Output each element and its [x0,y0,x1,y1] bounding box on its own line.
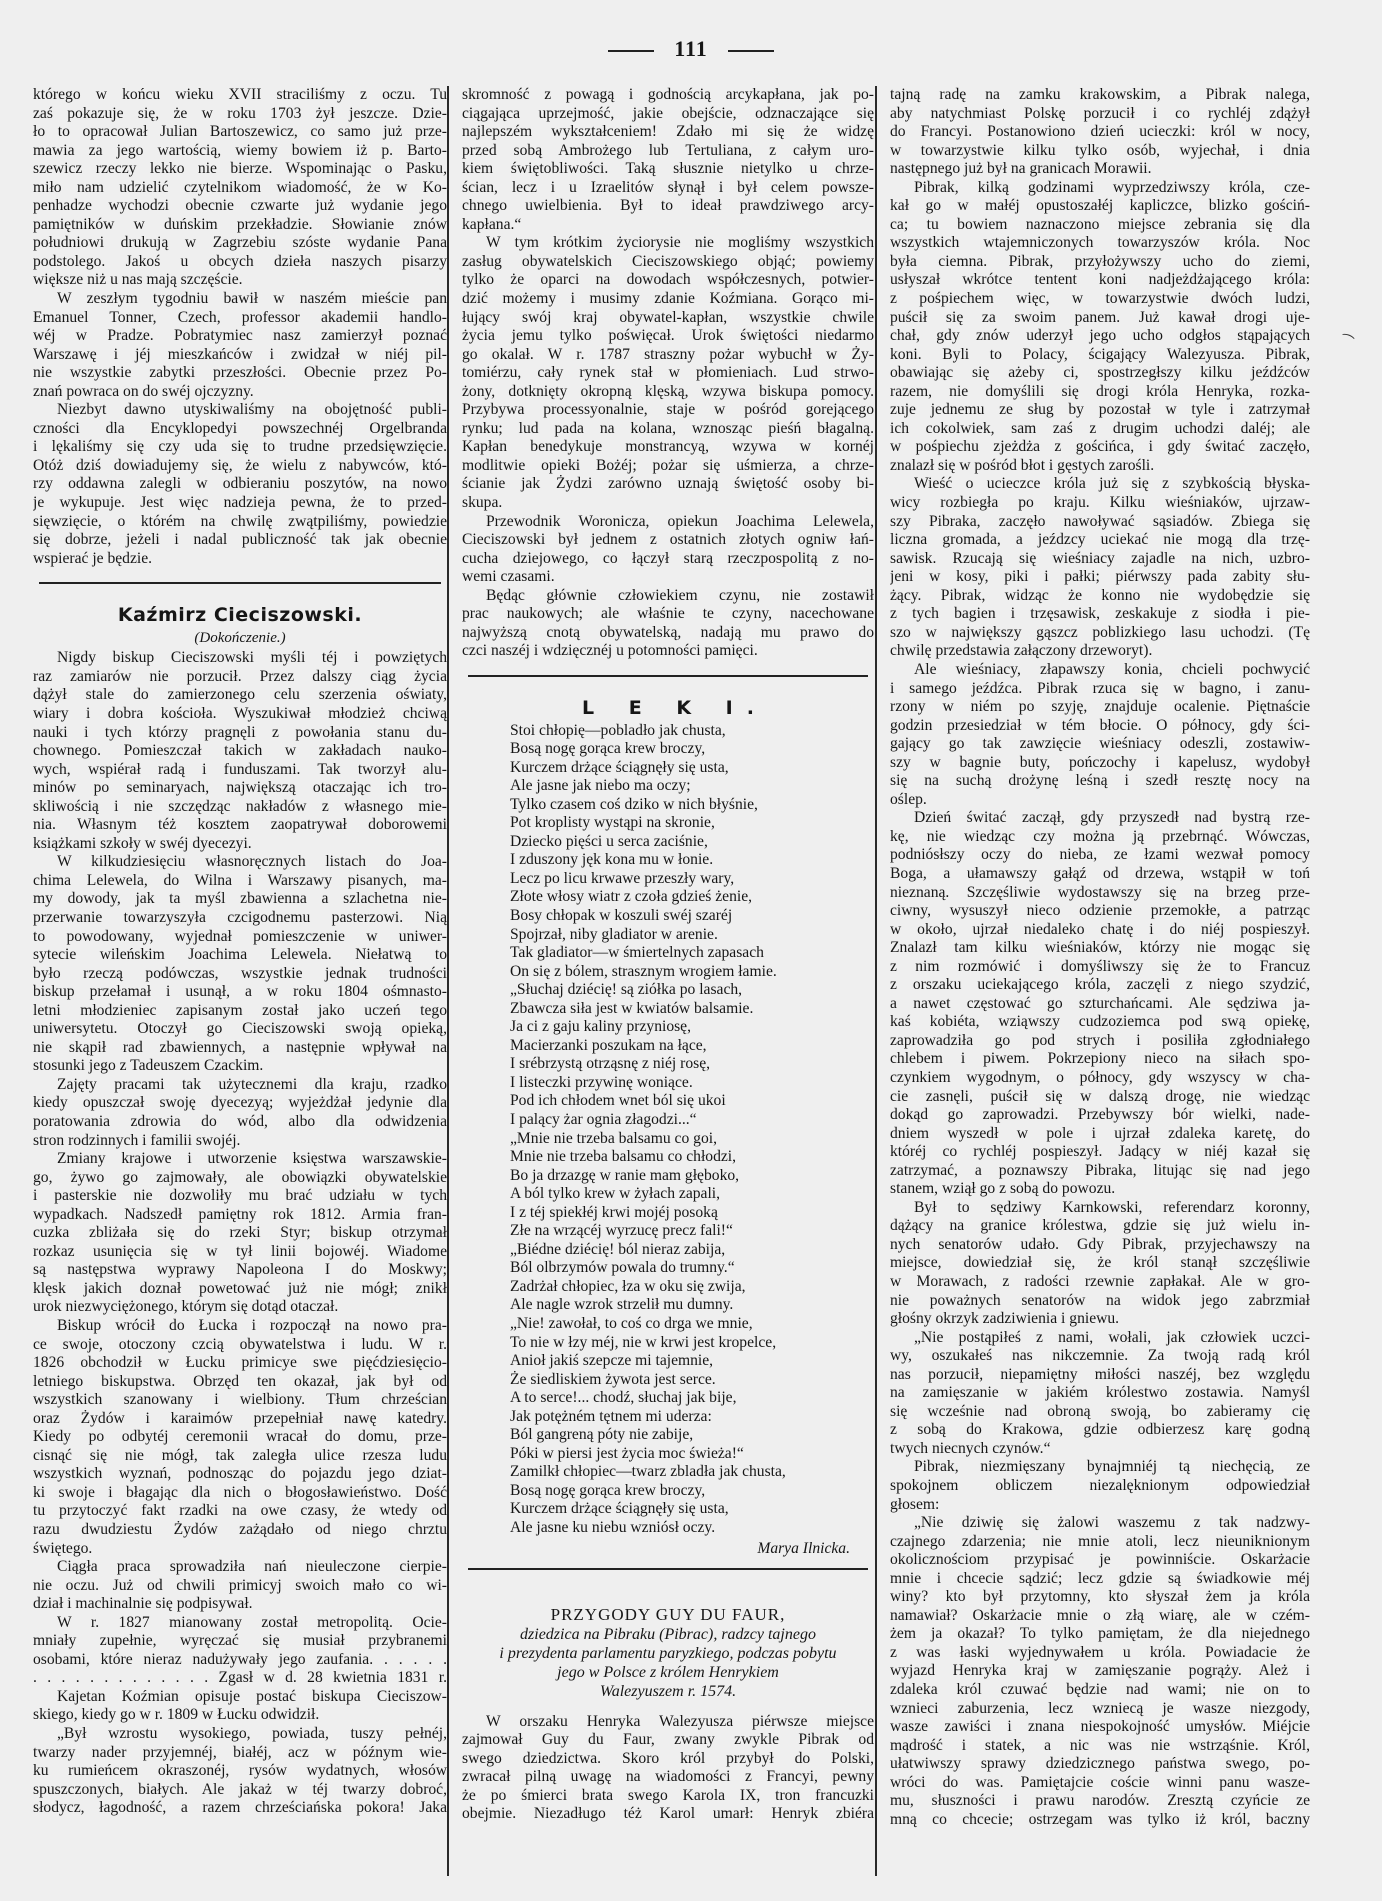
text-line: Emanuel Tonner, Czech, professor akademi… [33,309,447,328]
text-line: wemi czasami. [462,568,874,587]
text-line: nie oczu. Już od chwili primicyj swoich … [33,1577,447,1596]
text-line: raz zamiarów nie porzucił. Przez dalszy … [33,668,447,687]
verse-line: „Biédne dziécię! ból nieraz zabija, [510,1241,874,1260]
text-line: zuje jednemu ze sług by pozostał w tyle … [890,401,1310,420]
text-line: ce swoje, otoczony czcią obywatelstwa i … [33,1336,447,1355]
text-line: koni. Byli to Polacy, ścigający Walezyus… [890,346,1310,365]
text-line: wróci do was. Pamiętajcie coście winni p… [890,1774,1310,1793]
text-line: rzony w niém po szyję, znajduje ocalenie… [890,698,1310,717]
verse-line: Ból olbrzymów powala do trumny.“ [510,1259,874,1278]
text-line: Przybywa processyonalnie, staje w pośród… [462,401,874,420]
text-line: którego w końcu wieku XVII straciliśmy z… [33,86,447,105]
text-line: Pibrak, niezmięszany bynajmniéj tą niech… [890,1458,1310,1477]
text-line: zatrzymać, a poznawszy Pibraka, litując … [890,1162,1310,1181]
text-line: sytecie wileńskim Joachima Lelewela. Nie… [33,946,447,965]
poem-title: L E K I. [476,699,874,718]
section-divider [468,1568,868,1570]
text-line: kiedy opuszczał swoję dyecezyą; wyjeżdża… [33,1094,447,1113]
paragraph-tonner: W zeszłym tygodniu bawił w naszém mieści… [33,290,447,401]
text-line: twych niecnych czynów.“ [890,1440,1310,1459]
story-paragraph: tajną radę na zamku krakowskim, a Pibrak… [890,86,1310,179]
text-line: nieznaną. Szczęśliwie wydostawszy się na… [890,884,1310,903]
article-subtitle: (Dokończenie.) [33,629,447,648]
text-line: ciwny, wysuszył nieco odzienie przemokłe… [890,902,1310,921]
verse-line: I palący żar ognia złagodzi...“ [510,1111,874,1130]
text-line: modlitwie opieki Bożéj; pożar się uśmier… [462,457,874,476]
text-line: dążący na granice królestwa, gdzie się j… [890,1217,1310,1236]
text-line: ich cokolwiek, sam zaś z drugim uchodzi … [890,420,1310,439]
text-line: z pośpiechem więc, w towarzystwie dwóch … [890,290,1310,309]
verse-line: Kurczem drżące ściągnęły się usta, [510,759,874,778]
text-line: łujący swój kraj obywatel-kapłan, wszyst… [462,309,874,328]
text-line: żem ja okazał? To tylko pamiętam, że dla… [890,1625,1310,1644]
text-line: nia. Własnym téż kosztem zaopatrywał dob… [33,816,447,835]
text-line: to powodowany, wyjednał pomieszczenie w … [33,928,447,947]
text-line: tu przytoczyć fakt rzadki na owe czasy, … [33,1502,447,1521]
article-paragraph: Nigdy biskup Cieciszowski myśli téj i po… [33,649,447,853]
text-line: książkami szkoły w swéj dyecezyi. [33,835,447,854]
text-line: 1826 obchodził w Łucku primicye swe pięć… [33,1354,447,1373]
text-line: uniwersytetu. Otoczył go Cieciszowski sw… [33,1020,447,1039]
article-paragraph: Biskup wrócił do Łucka i rozpoczął na no… [33,1317,447,1558]
text-line: namawiał? Oskarżacie mnie o złą wiarę, a… [890,1607,1310,1626]
text-line: wznieci zaburzenia, lecz wzniecą je wasz… [890,1700,1310,1719]
article-paragraph: Będąc głównie człowiekiem czynu, nie zos… [462,587,874,661]
text-line: przed sobą Ambrożego lub Tertuliana, z c… [462,142,874,161]
text-line: Będąc głównie człowiekiem czynu, nie zos… [462,587,874,606]
verse-line: Że siedliskiem żywota jest serce. [510,1371,874,1390]
article-paragraph: skromność z powagą i godnością arcykapła… [462,86,874,234]
text-line: głosem: [890,1496,1310,1515]
verse-line: To nie w łzy méj, nie w krwi jest kropel… [510,1334,874,1353]
page-number: 111 [674,36,708,61]
text-line: chlebem i piwem. Pokrzepiony nieco na si… [890,1050,1310,1069]
paragraph-intro: którego w końcu wieku XVII straciliśmy z… [33,86,447,290]
text-line: wypadkach. Nadszedł pamiętny rok 1812. A… [33,1206,447,1225]
text-line: winy? kto był przytomny, kto słyszał żem… [890,1588,1310,1607]
text-line: dzić możemy i musimy zdanie Koźmiana. Go… [462,290,874,309]
text-line: życia jemu tylko poświęcał. Urok świętoś… [462,327,874,346]
text-line: Pibrak, kilką godzinami wyprzedziwszy kr… [890,179,1310,198]
text-line: na zamięszanie w jakiém królestwo zostaw… [890,1384,1310,1403]
story-paragraph: „Nie dziwię się żalowi waszemu z tak nad… [890,1514,1310,1829]
text-line: dokąd go zaprowadzi. Przebywszy bór wiel… [890,1106,1310,1125]
text-line: tomiérzu, cały rynek stał w płomieniach.… [462,364,874,383]
text-line: szy w bagnie buty, pończochy i kapelusz,… [890,754,1310,773]
text-line: nie skąpił rad zbawiennych, a następnie … [33,1039,447,1058]
text-line: Biskup wrócił do Łucka i rozpoczął na no… [33,1317,447,1336]
text-line: dział i machinalnie się podpisywał. [33,1595,447,1614]
text-line: chał, gdy znów uderzył jego ucho odgłos … [890,327,1310,346]
text-line: oraz Żydów i karaimów przepełniał nawę k… [33,1410,447,1429]
text-line: obawiając się ażeby ci, spostrzegłszy ki… [890,364,1310,383]
text-line: się wcześnie nad obroną swoją, bo zabier… [890,1403,1310,1422]
text-line: nie poważnych senatorów na widok jego za… [890,1292,1310,1311]
text-line: letniego biskupstwa. Obrzęd ten okazał, … [33,1373,447,1392]
verse-line: „Słuchaj dziécię! są ziółka po lasach, [510,981,874,1000]
text-line: wasze zawiści i znana niespokojność umys… [890,1718,1310,1737]
right-column: tajną radę na zamku krakowskim, a Pibrak… [890,86,1310,1829]
story-paragraph: Ale wieśniacy, złapawszy konia, chcieli … [890,661,1310,809]
text-line: podniósłszy oczy do nieba, ze łzami wezw… [890,846,1310,865]
text-line: pamiętników w duńskim przekładzie. Słowi… [33,216,447,235]
text-line: jeni w kosy, piki i pałki; piérwszy pada… [890,568,1310,587]
story-paragraph: „Nie postąpiłeś z nami, wołali, jak czło… [890,1329,1310,1459]
text-line: i lękaliśmy się czy uda się to trudne pr… [33,438,447,457]
verse-line: „Nie! zawołał, to coś co drga we mnie, [510,1315,874,1334]
verse-line: Bosy chłopak w koszuli swéj szaréj [510,907,874,926]
text-line: dążył stale do zamierzonego celu szerzen… [33,686,447,705]
text-line: stosunki jego z Tadeuszem Czackim. [33,1057,447,1076]
text-line: Cieciszowski był jednem z ostatnich złot… [462,531,874,550]
text-line: razu dwudziestu Żydów zażądało od niego … [33,1521,447,1540]
verse-line: i prezydenta parlamentu paryzkiego, podc… [462,1644,874,1663]
text-line: podstolego. Jakoś u obcych dzieła naszyc… [33,253,447,272]
text-line: go, żywo go zajmowały, ale obowiązki oby… [33,1169,447,1188]
text-line: nych senatorów udało. Gdy Pibrak, przyje… [890,1236,1310,1255]
text-line: następnego już był na granicach Morawii. [890,160,1310,179]
text-line: czności dla Encyklopedyi powszechnéj Org… [33,420,447,439]
text-line: głośny okrzyk zadziwienia i gniewu. [890,1310,1310,1329]
story-paragraph: Pibrak, niezmięszany bynajmniéj tą niech… [890,1458,1310,1514]
poem-body: Stoi chłopię—pobladło jak chusta,Bosą no… [462,722,874,1538]
text-line: letni młodzieniec zapisanym został jako … [33,1002,447,1021]
text-line: znalazł się w pośród błot i gęstych zaro… [890,457,1310,476]
story-paragraph: W orszaku Henryka Walezyusza piérwsze mi… [462,1713,874,1824]
text-line: szewicz rzeczy lekko nie bierze. Wspomin… [33,160,447,179]
text-line: my dowody, jak ta myśl zbawienna a szlac… [33,890,447,909]
verse-line: A to serce!... chodź, słuchaj jak bije, [510,1389,874,1408]
text-line: z sobą do Krakowa, gdzie odbierzesz karę… [890,1421,1310,1440]
text-line: słodycz, łagodność, a razem chrześciańsk… [33,1799,447,1818]
article-paragraph: Kajetan Koźmian opisuje postać biskupa C… [33,1688,447,1725]
text-line: godzin przesiedział w tém błocie. O półn… [890,717,1310,736]
text-line: wspierać je będzie. [33,550,447,569]
text-line: spuszczonych, białych. Ale jakaż w téj t… [33,1781,447,1800]
story-subtitle: dziedzica na Pibraku (Pibrac), radzcy ta… [462,1625,874,1701]
text-line: kę, nie wiedząc czy można ją przebrnąć. … [890,828,1310,847]
text-line: stanem, wziął go z sobą do powozu. [890,1180,1310,1199]
text-line: mawia za jego wartością, wiemy bowiem iż… [33,142,447,161]
header-dash-right [728,50,774,52]
article-paragraph: Ciągła praca sprowadziła nań nieuleczone… [33,1558,447,1614]
text-line: nauki i tych którzy pragnęli z powołania… [33,724,447,743]
text-line: wszystkich szanowany i wielbiony. Tłum c… [33,1391,447,1410]
verse-line: Ale jasne ku niebu wzniósł oczy. [510,1519,874,1538]
text-line: Dzień świtać zaczął, gdy przyszedł nad b… [890,809,1310,828]
section-divider [39,582,441,584]
text-line: wy, oszukałeś nas nikczemnie. Za twoją r… [890,1347,1310,1366]
article-paragraph: Przewodnik Woronicza, opiekun Joachima L… [462,513,874,587]
text-line: rynku; lud pada na kolana, wznosząc pieś… [462,420,874,439]
paragraph-encyklopedia: Niezbyt dawno utyskiwaliśmy na obojętnoś… [33,401,447,568]
verse-line: I srébrzystą otrząsnę z niéj rosę, [510,1055,874,1074]
text-line: wéj w Pradze. Pobratymiec nasz zamierzył… [33,327,447,346]
text-line: chima Lelewela, do Wilna i Warszawy pisa… [33,872,447,891]
text-line: W zeszłym tygodniu bawił w naszém mieści… [33,290,447,309]
text-line: przerwanie towarzyszyła czcigodnemu past… [33,909,447,928]
text-line: sięwzięcie, o którém na chwilę zwątpiliś… [33,513,447,532]
verse-line: Pot kroplisty wystąpi na skronie, [510,814,874,833]
text-line: kiem świętobliwości. Taką słusznie niety… [462,160,874,179]
text-line: stron rodzinnych i familii swojéj. [33,1132,447,1151]
article-paragraph: W tym krótkim życiorysie nie mogliśmy ws… [462,234,874,512]
text-line: Znalazł tam kilku wieśniaków, którzy nie… [890,939,1310,958]
verse-line: Jak potężném tętnem mi uderza: [510,1408,874,1427]
text-line: skromność z powagą i godnością arcykapła… [462,86,874,105]
text-line: penhadze wychodzi obecnie czwarte już wy… [33,197,447,216]
text-line: większe niż u nas mają szczęście. [33,271,447,290]
text-line: skiego, kiedy go w r. 1809 w Łucku odwid… [33,1706,447,1725]
text-line: czci naszéj i wdzięcznéj u potomności pa… [462,642,874,661]
text-line: są następstwa wyprawy Napoleona I do Mos… [33,1261,447,1280]
section-divider [468,675,868,677]
text-line: oślep. [890,791,1310,810]
text-line: W kilkudziesięciu własnoręcznych listach… [33,853,447,872]
text-line: cie zasnęli, puścił się w dalszą drogę, … [890,1088,1310,1107]
column-rule-left [447,86,449,1876]
text-line: ki swoje i błagając dla nich o błogosław… [33,1484,447,1503]
text-line: wszystkich wtajemniczonych towarzyszów k… [890,234,1310,253]
article-paragraph: W r. 1827 mianowany został metropolitą. … [33,1614,447,1688]
middle-column: skromność z powagą i godnością arcykapła… [462,86,874,1824]
verse-line: Zadrżał chłopiec, łza w oku się zwija, [510,1278,874,1297]
text-line: chwilę przedstawia załączony drzeworyt). [890,642,1310,661]
text-line: kał go w małéj opustoszałéj kapliczce, b… [890,197,1310,216]
text-line: go okalał. W r. 1787 straszny pożar wybu… [462,346,874,365]
article-paragraph: Zajęty pracami tak użytecznemi dla kraju… [33,1076,447,1150]
text-line: i pasterskie nie dozwoliły mu brać udzia… [33,1187,447,1206]
verse-line: Złe na wrzącéj wyrzucę precz fali!“ [510,1222,874,1241]
story-paragraph: Był to sędziwy Karnkowski, referendarz k… [890,1199,1310,1329]
text-line: nie wszystkie zabytki przeszłości. Obecn… [33,364,447,383]
text-line: znań powraca on do swéj ojczyzny. [33,383,447,402]
text-line: usłyszał wkrótce tentent koni nadjeżdżaj… [890,271,1310,290]
text-line: żony, dotknięty okropną klęską, wzywa bi… [462,383,874,402]
text-line: puścił się za swoim panem. Już kawał dro… [890,309,1310,328]
text-line: mną co chcecie; ostrzegam was tylko iż k… [890,1811,1310,1830]
text-line: klęsk jakich doznał powetować już nie mó… [33,1280,447,1299]
text-line: minów po seminaryach, największą otaczaj… [33,779,447,798]
text-line: ciągająca uprzejmość, jakie obejście, od… [462,105,874,124]
verse-line: Zamilkł chłopiec—twarz zbladła jak chust… [510,1463,874,1482]
text-line: rozkaz usunięcia się w tył linii bojowéj… [33,1243,447,1262]
text-line: ścianie jak Żydzi zarówno uznają świętoś… [462,475,874,494]
text-line: cisnąć się nie mógł, tak zaległa ulice r… [33,1447,447,1466]
text-line: poratowania zdrowia do wód, albo dla odw… [33,1113,447,1132]
text-line: czajnego zdarzenia; nie mnie atoli, lecz… [890,1533,1310,1552]
text-line: Nigdy biskup Cieciszowski myśli téj i po… [33,649,447,668]
text-line: zaprowadziła go pod strych i posiliła zg… [890,1032,1310,1051]
text-line: okolicznościom przypisać je powinniście.… [890,1551,1310,1570]
article-title: Kaźmirz Cieciszowski. [33,606,447,625]
text-line: zajmował Guy du Faur, zwany zwykle Pibra… [462,1731,874,1750]
text-line: z tych bagien i trzęsawisk, zeskakuje z … [890,605,1310,624]
text-line: miejsce, dowiedział się, że król stanął … [890,1254,1310,1273]
left-column: którego w końcu wieku XVII straciliśmy z… [33,86,447,1818]
story-title: PRZYGODY GUY DU FAUR, [462,1606,874,1625]
text-line: się na suchą drożynę leśną i szedł reszt… [890,772,1310,791]
text-line: tylko że oparci na dowodach współczesnyc… [462,271,874,290]
text-line: razem, nie domyślili się drogi króla Hen… [890,383,1310,402]
text-line: wych, wspiérał radą i funduszami. Tak tw… [33,761,447,780]
verse-line: Spojrzał, niby gladiator w arenie. [510,926,874,945]
text-line: wiary i dobra kościoła. Wyszukiwał młodz… [33,705,447,724]
text-line: zasług obywatelskich Cieciszowskiego obj… [462,253,874,272]
text-line: południowi drukują w Zagrzebiu szóste wy… [33,234,447,253]
article-paragraph: W kilkudziesięciu własnoręcznych listach… [33,853,447,1076]
verse-line: Pod ich chłodem wnet ból się ukoi [510,1092,874,1111]
text-line: ścian, lecz i u Izraelitów słynął i był … [462,179,874,198]
verse-line: Ból gangreną póty nie zabije, [510,1426,874,1445]
verse-line: Ale jasne jak niebo ma oczy; [510,777,874,796]
margin-mark: ⁔ [1342,321,1358,341]
text-line: Ale wieśniacy, złapawszy konia, chcieli … [890,661,1310,680]
text-line: urok niezwyciężonego, którym się dotąd o… [33,1298,447,1317]
story-paragraph: Dzień świtać zaczął, gdy przyszedł nad b… [890,809,1310,1198]
article-paragraph: Zmiany krajowe i utworzenie księstwa war… [33,1150,447,1317]
verse-line: I z téj spiekłéj krwi mojéj posoką [510,1204,874,1223]
verse-line: Lecz po licu krwawe przeszły wary, [510,870,874,889]
text-line: w Morawach, z radości rzewnie zapłakał. … [890,1273,1310,1292]
verse-line: Macierzanki poszukam na łące, [510,1037,874,1056]
verse-line: Anioł jakiś szepcze mi tajemnie, [510,1352,874,1371]
text-line: ku rumieńcem okraszonéj, rysów wydatnych… [33,1762,447,1781]
text-line: z was łaski wyjednywałem u króla. Powiad… [890,1644,1310,1663]
verse-line: dziedzica na Pibraku (Pibrac), radzcy ta… [462,1625,874,1644]
text-line: Ciągła praca sprowadziła nań nieuleczone… [33,1558,447,1577]
text-line: ło to opracował Julian Bartoszewicz, co … [33,123,447,142]
text-line: a nawet częstować go szturchańcami. Ale … [890,995,1310,1014]
verse-line: Tylko czasem coś dziko w nich błyśnie, [510,796,874,815]
poem-author: Marya Ilnicka. [462,1540,874,1559]
text-line: . . . . . . . . . . . . . Zgasł w d. 28 … [33,1669,447,1688]
text-line: w pośpiechu zjeżdża z gościńca, i gdy św… [890,438,1310,457]
text-line: skupa. [462,494,874,513]
text-line: ca; tu bowiem naznaczono miejsce zebrani… [890,216,1310,235]
verse-line: I listeczki przywinę woniące. [510,1074,874,1093]
story-paragraph: Pibrak, kilką godzinami wyprzedziwszy kr… [890,179,1310,476]
text-line: Kajetan Koźmian opisuje postać biskupa C… [33,1688,447,1707]
verse-line: I zduszony jęk kona mu w łonie. [510,851,874,870]
text-line: Był to sędziwy Karnkowski, referendarz k… [890,1199,1310,1218]
text-line: cuzka zbliżała się do rzeki Styr; biskup… [33,1224,447,1243]
text-line: było rzeczą podówczas, wszystkie jednak … [33,965,447,984]
text-line: aby natychmiast Polskę porzucił i co ryc… [890,105,1310,124]
text-line: do Francyi. Postanowiono dzień ucieczki:… [890,123,1310,142]
text-line: mniały zupełnie, wyręczać się musiał prz… [33,1632,447,1651]
text-line: „Był wzrostu wysokiego, powiada, tuszy p… [33,1725,447,1744]
text-line: swego dziedzictwa. Skoro król przybył do… [462,1750,874,1769]
text-line: Zmiany krajowe i utworzenie księstwa war… [33,1150,447,1169]
text-line: świętego. [33,1540,447,1559]
text-line: cucha dziejowego, co łączył starą rzeczp… [462,550,874,569]
text-line: Niezbyt dawno utyskiwaliśmy na obojętnoś… [33,401,447,420]
text-line: nas porzucił, niepamiętny miłości naszéj… [890,1366,1310,1385]
text-line: twarzy nader przyjemnéj, białéj, acz w p… [33,1744,447,1763]
verse-line: Bosą nogę gorąca krew broczy, [510,1482,874,1501]
text-line: Zajęty pracami tak użytecznemi dla kraju… [33,1076,447,1095]
text-line: kaś kobiéta, wziąwszy cudzoziemca pod sw… [890,1013,1310,1032]
header-dash-left [608,50,654,52]
text-line: w towarzystwie kilku tylko osób, wyjecha… [890,142,1310,161]
verse-line: Stoi chłopię—pobladło jak chusta, [510,722,874,741]
text-line: najlepszém wykształceniem! Zdało mi się … [462,123,874,142]
verse-line: On się z bólem, strasznym wrogiem łamie. [510,963,874,982]
text-line: wszystkich wyznań, podnosząc do pojazdu … [33,1465,447,1484]
verse-line: Zbawcza siła jest w kwiatów balsamie. [510,1000,874,1019]
text-line: rzy oddawna zalegli w odbieraniu poszytó… [33,475,447,494]
verse-line: Ja ci z gaju kaliny przyniosę, [510,1018,874,1037]
text-line: była ciemna. Pibrak, przyłożywszy ucho d… [890,253,1310,272]
verse-line: A ból tylko krew w żyłach zapali, [510,1185,874,1204]
verse-line: Ale nagle wzrok strzelił mu dumny. [510,1296,874,1315]
text-line: chnego uwielbienia. Był to ideał prawdzi… [462,197,874,216]
text-line: „Nie postąpiłeś z nami, wołali, jak czło… [890,1329,1310,1348]
text-line: prac naukowych; ale właśnie te czyny, na… [462,605,874,624]
verse-line: Mnie nie trzeba balsamu co chłodzi, [510,1148,874,1167]
text-line: z orszaku uciekającego króla, zaczęli z … [890,976,1310,995]
text-line: najwyższą cnotą obywatelską, nadają mu p… [462,624,874,643]
text-line: je wykupuje. Jest więc nadzieja pewna, ż… [33,494,447,513]
text-line: gający go tak zawzięcie wieśniacy odeszl… [890,735,1310,754]
text-line: mu, słuszności i prawu narodów. Zresztą … [890,1792,1310,1811]
text-line: się dobrze, jeżeli i nadal publiczność t… [33,531,447,550]
text-line: ułatwiwszy sprawy dziedzicznego państwa … [890,1755,1310,1774]
page-number-header: 111 [0,36,1382,62]
text-line: żący. Pibrak, widząc że konno nie wydobę… [890,587,1310,606]
text-line: kapłana.“ [462,216,874,235]
text-line: spokojnem obliczem niezalęknionym odpowi… [890,1477,1310,1496]
text-line: Wieść o ucieczce króla już się z szybkoś… [890,475,1310,494]
article-paragraph: „Był wzrostu wysokiego, powiada, tuszy p… [33,1725,447,1818]
text-line: mądrość i statek, a nic was nie wstrząśn… [890,1737,1310,1756]
text-line: i samego jeźdźca. Pibrak rzuca się w bag… [890,680,1310,699]
text-line: Kapłan benedykuje monstrancyą, wzywa w k… [462,438,874,457]
text-line: biskup przełamał i usunął, a w roku 1804… [33,983,447,1002]
text-line: skliwością i nie szczędząc nakładów z wł… [33,798,447,817]
verse-line: „Mnie nie trzeba balsamu co goi, [510,1130,874,1149]
text-line: mnie i chcecie sądzić; lecz gdzie są świ… [890,1570,1310,1589]
text-line: szy Pibraka, zaczęło nawoływać sąsiadów.… [890,513,1310,532]
text-line: miło nam udzielić czytelnikom wiadomość,… [33,179,447,198]
text-line: W orszaku Henryka Walezyusza piérwsze mi… [462,1713,874,1732]
text-line: Warszawę i jéj mieszkańców i zwidzał w n… [33,346,447,365]
verse-line: Walezyuszem r. 1574. [462,1682,874,1701]
text-line: osobami, które nieraz nadużywały jego za… [33,1651,447,1670]
text-line: wicy rozbiegła po kraju. Kilku wieśniakó… [890,494,1310,513]
text-line: zwracał pilną uwagę na wiadomości z Fran… [462,1768,874,1787]
text-line: wyjazd Henryka kraj w zamięszanie pogrąż… [890,1662,1310,1681]
verse-line: Póki w piersi jest życia moc świeża!“ [510,1445,874,1464]
verse-line: Bo ja drzazgę w ranie mam głęboko, [510,1167,874,1186]
text-line: dniem wyszedł w pole i ujrzał zdaleka ka… [890,1125,1310,1144]
text-line: chownego. Pomieszczał takich w zakładach… [33,742,447,761]
text-line: zdaleka król czuwać będzie nad wami; nie… [890,1681,1310,1700]
story-paragraph: Wieść o ucieczce króla już się z szybkoś… [890,475,1310,660]
verse-line: Kurczem drżące ściągnęły się usta, [510,1500,874,1519]
verse-line: Dziecko pięści u serca zaciśnie, [510,833,874,852]
text-line: w około, ujrzał niedaleko chatę i do nié… [890,921,1310,940]
text-line: zaś pokazuje się, że w roku 1703 żył jes… [33,105,447,124]
text-line: Kiedy po odbytéj ceremonii wracał do dom… [33,1428,447,1447]
text-line: W tym krótkim życiorysie nie mogliśmy ws… [462,234,874,253]
column-rule-right [875,86,877,1876]
text-line: liczna gromada, a jeźdzcy uciekać nie mo… [890,531,1310,550]
text-line: W r. 1827 mianowany został metropolitą. … [33,1614,447,1633]
verse-line: Bosą nogę gorąca krew broczy, [510,740,874,759]
text-line: szo w największy gąszcz poblizkiego lasu… [890,624,1310,643]
